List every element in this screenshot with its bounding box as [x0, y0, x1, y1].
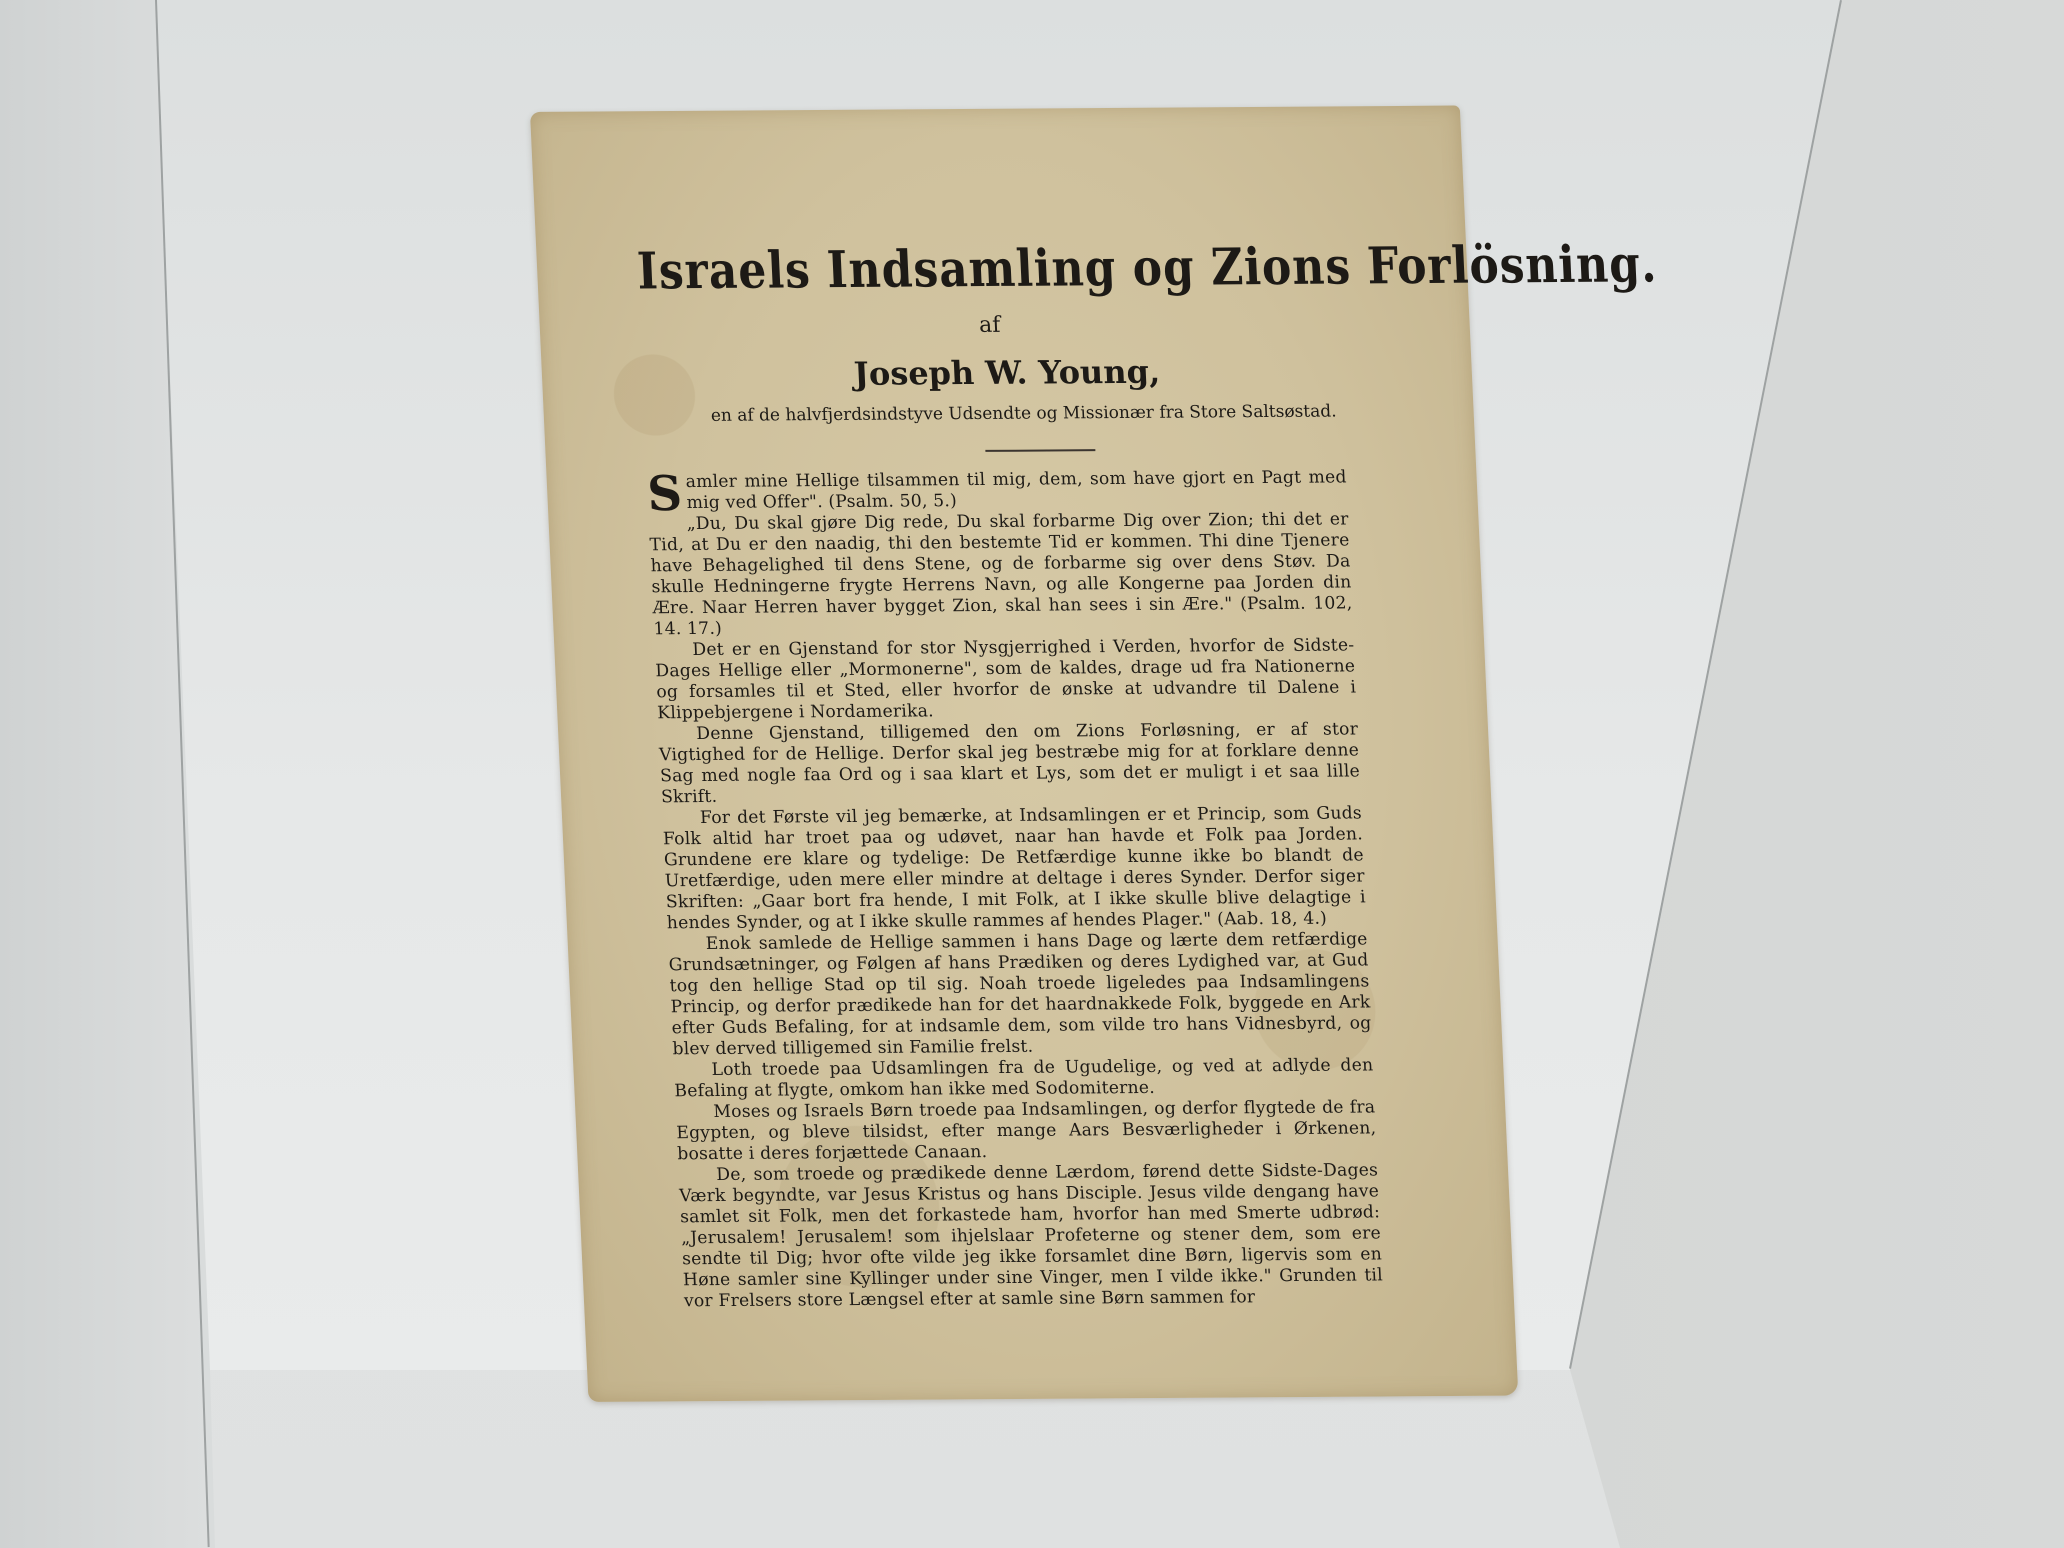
title-divider: [985, 449, 1095, 452]
author-name: Joseph W. Young,: [671, 351, 1343, 394]
drop-cap: S: [646, 474, 683, 514]
paragraph: Enok samlede de Hellige sammen i hans Da…: [667, 929, 1373, 1060]
paragraph: Denne Gjenstand, tilligemed den om Zions…: [658, 719, 1362, 808]
document-title: Israels Indsamling og Zions Forlösning.: [636, 238, 1338, 302]
byline: af: [639, 310, 1340, 340]
paragraph: Loth troede paa Udsamlingen fra de Ugude…: [673, 1055, 1375, 1102]
paragraph: Moses og Israels Børn troede paa Indsaml…: [675, 1097, 1378, 1165]
paragraph: For det Første vil jeg bemærke, at Indsa…: [662, 803, 1368, 934]
paragraph-text: amler mine Hellige tilsammen til mig, de…: [685, 467, 1347, 513]
paragraph: De, som troede og prædikede denne Lærdom…: [678, 1160, 1384, 1312]
author-subtitle: en af de halvfjerdsindstyve Udsendte og …: [703, 401, 1344, 425]
paragraph: Samler mine Hellige tilsammen til mig, d…: [646, 467, 1348, 514]
paragraph: „Du, Du skal gjøre Dig rede, Du skal for…: [648, 509, 1354, 640]
body-text: Samler mine Hellige tilsammen til mig, d…: [646, 467, 1384, 1312]
paragraph: Det er en Gjenstand for stor Nysgjerrigh…: [654, 635, 1358, 724]
printed-leaflet: Israels Indsamling og Zions Forlösning. …: [530, 106, 1518, 1402]
leaflet-content: Israels Indsamling og Zions Forlösning. …: [636, 241, 1384, 1312]
